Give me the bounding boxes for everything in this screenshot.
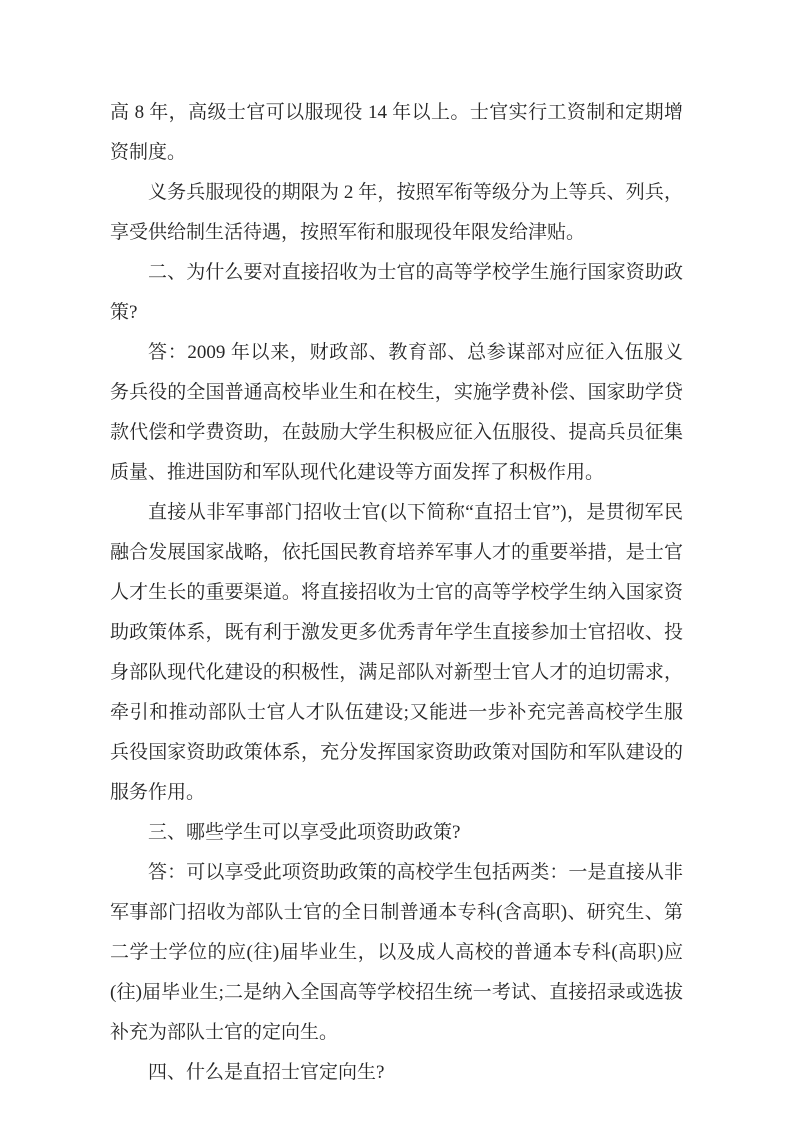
paragraph: 义务兵服现役的期限为 2 年，按照军衔等级分为上等兵、列兵，享受供给制生活待遇，… bbox=[110, 173, 683, 253]
question-heading-4: 四、什么是直招士官定向生? bbox=[110, 1053, 683, 1093]
answer-paragraph: 答：可以享受此项资助政策的高校学生包括两类：一是直接从非军事部门招收为部队士官的… bbox=[110, 853, 683, 1053]
question-heading-3: 三、哪些学生可以享受此项资助政策? bbox=[110, 813, 683, 853]
paragraph: 直接从非军事部门招收士官(以下简称“直招士官”)，是贯彻军民融合发展国家战略，依… bbox=[110, 493, 683, 813]
paragraph-continuation: 高 8 年，高级士官可以服现役 14 年以上。士官实行工资制和定期增资制度。 bbox=[110, 93, 683, 173]
document-page: 高 8 年，高级士官可以服现役 14 年以上。士官实行工资制和定期增资制度。 义… bbox=[0, 0, 793, 1122]
document-text-body: 高 8 年，高级士官可以服现役 14 年以上。士官实行工资制和定期增资制度。 义… bbox=[110, 93, 683, 1093]
answer-paragraph: 答：2009 年以来，财政部、教育部、总参谋部对应征入伍服义务兵役的全国普通高校… bbox=[110, 333, 683, 493]
question-heading-2: 二、为什么要对直接招收为士官的高等学校学生施行国家资助政策? bbox=[110, 253, 683, 333]
